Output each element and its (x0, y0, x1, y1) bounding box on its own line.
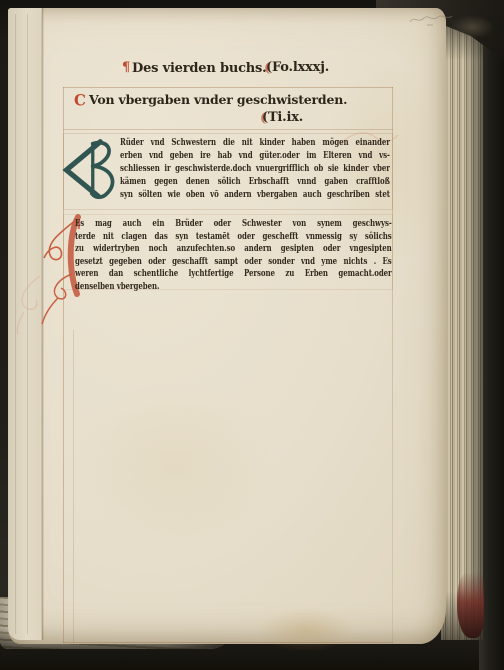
frame-ruling-bottom (63, 642, 393, 643)
text-line: schliessen ir geschwisterde.doch vnuergr… (120, 164, 390, 174)
frame-ruling-top (63, 87, 393, 88)
text-line: zu widertryben noch anzufechten.so ander… (75, 244, 392, 254)
running-title: Des vierden buchs. (132, 61, 267, 76)
text-line: erben vnd geben ire hab vnd güter.oder i… (120, 151, 390, 161)
illuminated-initial-b-icon (57, 134, 121, 206)
paper-stain (258, 608, 354, 652)
show-through-flourish (10, 272, 44, 336)
section-title: Von vbergaben vnder geschwisterden. (89, 92, 347, 107)
book-photograph: ¶ Des vierden buchs. (Fo.lxxxj. C Von vb… (0, 0, 504, 670)
fore-edge-maroon-stain (457, 572, 484, 638)
folio-number: (Fo.lxxxj. (266, 60, 329, 75)
frame-ruling-left-2 (73, 330, 74, 643)
paper-stain (70, 380, 280, 550)
text-line: Es mag auch ein Brüder oder Schwester vo… (75, 219, 392, 229)
folio-text: Fo.lxxxj. (272, 60, 329, 75)
text-line: gesetzt gegeben oder geschafft sampt ode… (75, 257, 392, 267)
text-line: terde nit clagen das syn testamēt oder g… (75, 232, 392, 242)
text-line: Rüder vnd Schwestern die nit kinder habe… (120, 138, 390, 148)
book-fore-edge-pages (441, 24, 483, 640)
text-line: denselben vbergeben. (75, 282, 392, 292)
rubric-paraph-icon: ¶ (122, 60, 130, 75)
text-line: weren dan schentliche lychtfertige Perso… (75, 269, 392, 279)
titulus-text: Ti.ix. (268, 110, 303, 125)
cover-corner-highlight (450, 15, 494, 39)
text-line: kämen gegen denen sölich Erbschafft vnnd… (120, 177, 390, 187)
text-line: syn sölten wie oben vō andern vbergaben … (120, 190, 390, 200)
rubric-paraph-icon: C (74, 91, 86, 110)
handwritten-inscription (407, 11, 455, 29)
titulus-number: (Ti.ix. (262, 110, 303, 125)
